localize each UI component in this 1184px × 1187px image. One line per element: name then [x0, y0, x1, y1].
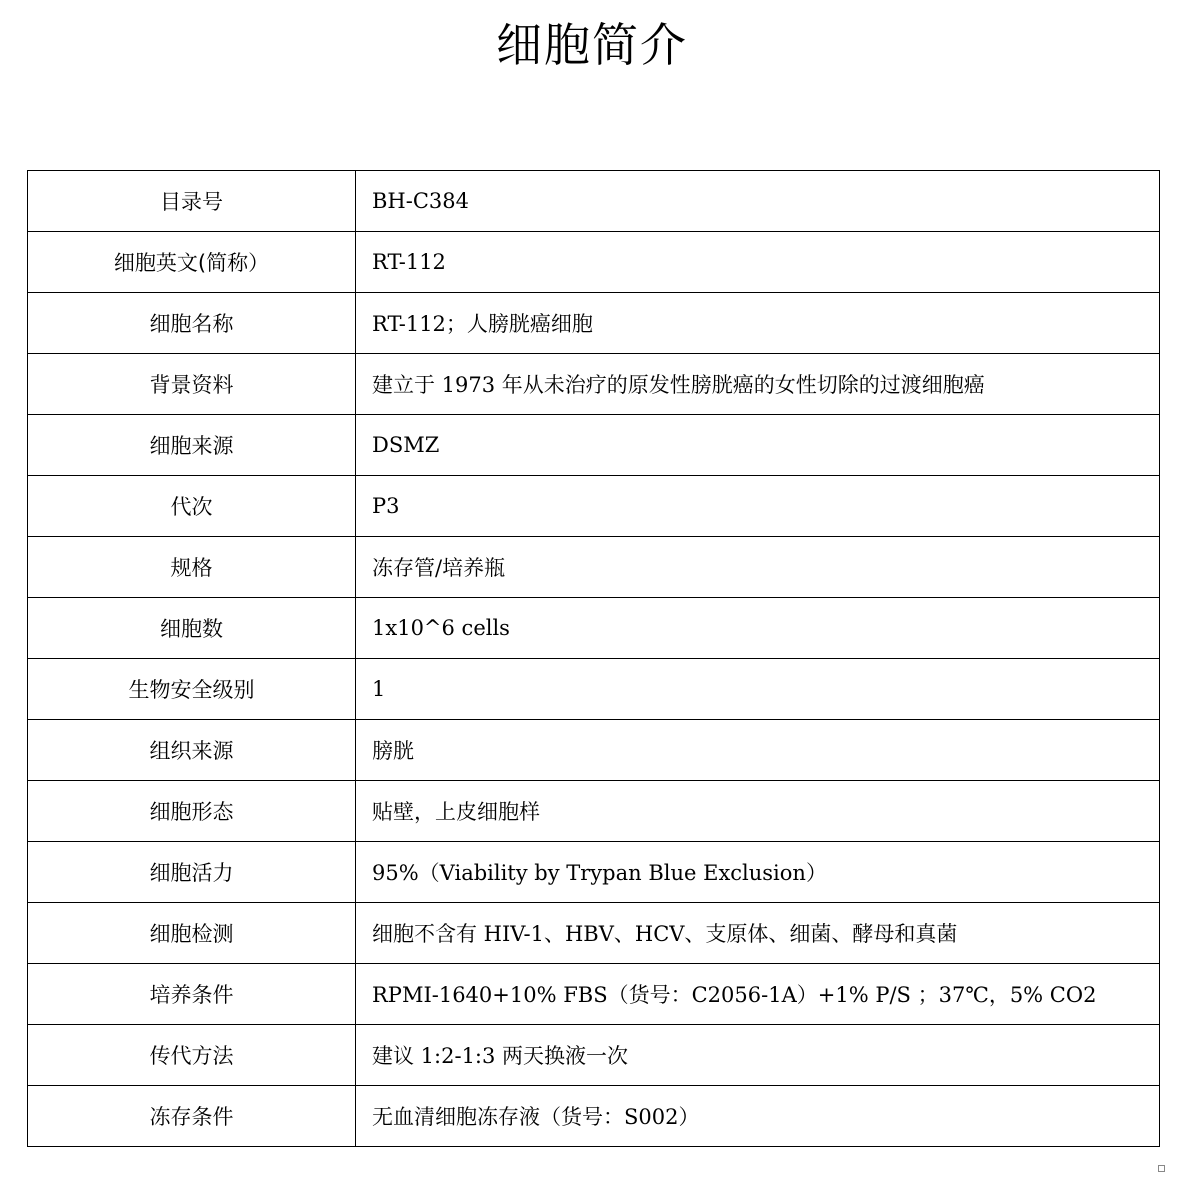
row-label: 细胞英文(简称）: [28, 232, 356, 293]
table-row: 代次P3: [28, 476, 1160, 537]
row-value: BH-C384: [356, 171, 1160, 232]
row-label: 规格: [28, 537, 356, 598]
row-value: 细胞不含有 HIV-1、HBV、HCV、支原体、细菌、酵母和真菌: [356, 903, 1160, 964]
page-title: 细胞简介: [0, 14, 1184, 76]
table-row: 背景资料建立于 1973 年从未治疗的原发性膀胱癌的女性切除的过渡细胞癌: [28, 354, 1160, 415]
row-value: 95%（Viability by Trypan Blue Exclusion）: [356, 842, 1160, 903]
row-label: 组织来源: [28, 720, 356, 781]
row-value: 贴壁，上皮细胞样: [356, 781, 1160, 842]
row-label: 代次: [28, 476, 356, 537]
table-row: 规格冻存管/培养瓶: [28, 537, 1160, 598]
row-value: RT-112: [356, 232, 1160, 293]
row-value: RPMI-1640+10% FBS（货号：C2056-1A）+1% P/S ；3…: [356, 964, 1160, 1025]
row-label: 背景资料: [28, 354, 356, 415]
table-row: 细胞英文(简称）RT-112: [28, 232, 1160, 293]
row-label: 细胞来源: [28, 415, 356, 476]
table-row: 组织来源膀胱: [28, 720, 1160, 781]
row-value: P3: [356, 476, 1160, 537]
row-label: 培养条件: [28, 964, 356, 1025]
row-label: 细胞形态: [28, 781, 356, 842]
table-row: 细胞形态贴壁，上皮细胞样: [28, 781, 1160, 842]
row-label: 生物安全级别: [28, 659, 356, 720]
row-value: 1x10^6 cells: [356, 598, 1160, 659]
row-label: 细胞数: [28, 598, 356, 659]
row-label: 细胞检测: [28, 903, 356, 964]
row-label: 细胞活力: [28, 842, 356, 903]
table-resize-handle[interactable]: [1158, 1165, 1165, 1172]
row-value: DSMZ: [356, 415, 1160, 476]
table-row: 细胞数1x10^6 cells: [28, 598, 1160, 659]
row-value: 建立于 1973 年从未治疗的原发性膀胱癌的女性切除的过渡细胞癌: [356, 354, 1160, 415]
row-value: 膀胱: [356, 720, 1160, 781]
table-row: 培养条件RPMI-1640+10% FBS（货号：C2056-1A）+1% P/…: [28, 964, 1160, 1025]
table-row: 细胞检测细胞不含有 HIV-1、HBV、HCV、支原体、细菌、酵母和真菌: [28, 903, 1160, 964]
table-row: 生物安全级别1: [28, 659, 1160, 720]
row-value: RT-112；人膀胱癌细胞: [356, 293, 1160, 354]
table-row: 细胞名称RT-112；人膀胱癌细胞: [28, 293, 1160, 354]
table-row: 细胞活力95%（Viability by Trypan Blue Exclusi…: [28, 842, 1160, 903]
cell-info-table: 目录号BH-C384 细胞英文(简称）RT-112 细胞名称RT-112；人膀胱…: [27, 170, 1160, 1147]
row-label: 目录号: [28, 171, 356, 232]
row-value: 无血清细胞冻存液（货号：S002）: [356, 1086, 1160, 1147]
row-label: 冻存条件: [28, 1086, 356, 1147]
row-value: 冻存管/培养瓶: [356, 537, 1160, 598]
row-value: 1: [356, 659, 1160, 720]
table-row: 冻存条件无血清细胞冻存液（货号：S002）: [28, 1086, 1160, 1147]
row-value: 建议 1:2-1:3 两天换液一次: [356, 1025, 1160, 1086]
row-label: 传代方法: [28, 1025, 356, 1086]
row-label: 细胞名称: [28, 293, 356, 354]
table-row: 传代方法建议 1:2-1:3 两天换液一次: [28, 1025, 1160, 1086]
table-row: 细胞来源DSMZ: [28, 415, 1160, 476]
table-row: 目录号BH-C384: [28, 171, 1160, 232]
